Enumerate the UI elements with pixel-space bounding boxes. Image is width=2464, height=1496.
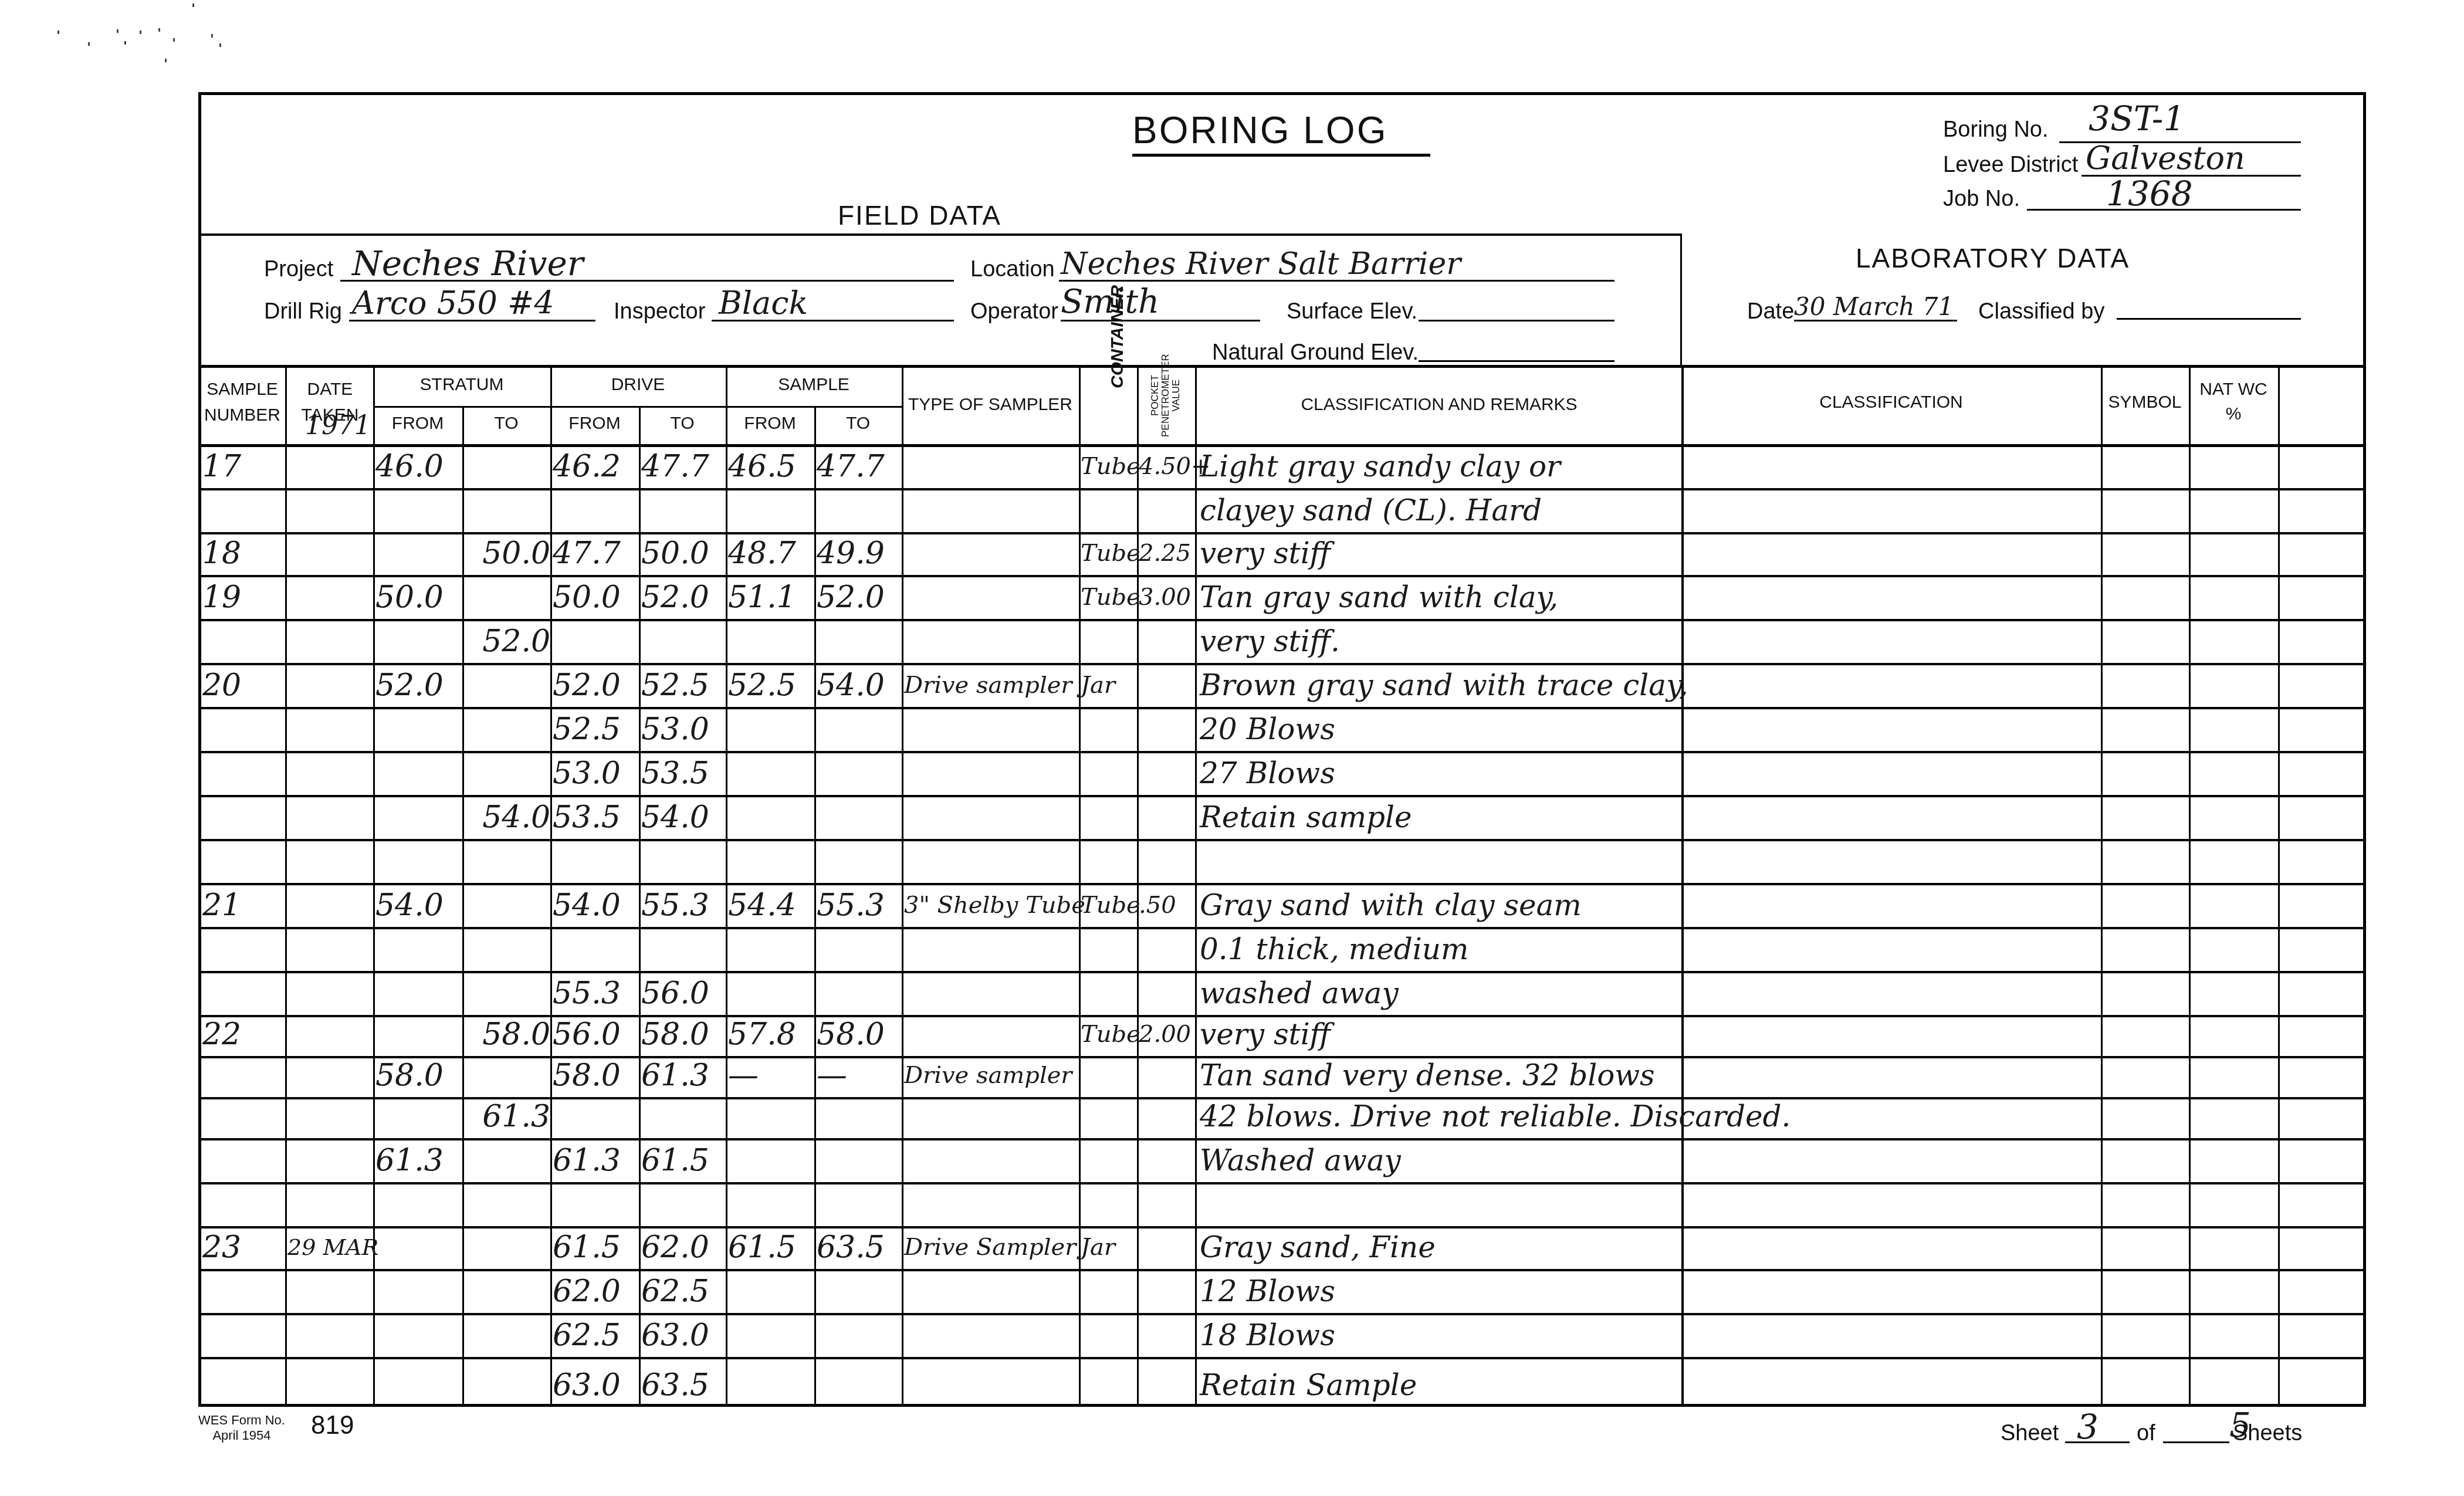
col-header-date-taken-l1: DATE <box>287 379 373 400</box>
project-label: Project <box>264 257 333 282</box>
grid-hline <box>373 406 902 408</box>
cell-classification-remarks[interactable]: Tan gray sand with clay, <box>1200 577 1680 618</box>
inspector-line <box>712 320 954 321</box>
col-header-stratum-to: TO <box>462 413 550 434</box>
cell-container[interactable]: Tube <box>1081 577 1137 618</box>
cell-lab-symbol[interactable] <box>2103 707 2189 751</box>
cell-sample-to[interactable]: 55.3 <box>817 885 902 926</box>
cell-classification-remarks[interactable]: very stiff <box>1200 533 1680 574</box>
cell-drive-from[interactable]: 53.5 <box>553 797 639 838</box>
col-header-pocket-penetrometer: POCKET PENETROMETER VALUE <box>1144 343 1191 443</box>
drill-rig-line <box>349 320 595 321</box>
cell-classification-remarks[interactable]: 42 blows. Drive not reliable. Discarded. <box>1200 1096 1680 1137</box>
scan-speck <box>192 4 194 7</box>
grid-vline <box>1195 365 1197 1407</box>
col-header-sample-from: FROM <box>726 413 814 434</box>
surface-elev-label: Surface Elev. <box>1287 299 1417 324</box>
levee-district-label: Levee District <box>1943 153 2078 178</box>
grid-vline <box>2278 365 2280 1407</box>
scan-speck <box>57 31 59 34</box>
scan-speck <box>158 28 160 32</box>
cell-classification-remarks[interactable]: 18 Blows <box>1200 1315 1680 1356</box>
field-box-right <box>1680 233 1682 366</box>
cell-lab-nat-wc[interactable] <box>2191 575 2278 619</box>
cell-container[interactable]: Tube <box>1081 885 1137 926</box>
cell-lab-symbol[interactable] <box>2103 883 2189 927</box>
cell-lab-symbol[interactable] <box>2103 532 2189 575</box>
cell-drive-to[interactable]: 61.3 <box>641 1055 726 1096</box>
inspector-value[interactable]: Black <box>719 285 808 321</box>
cell-lab-extra[interactable] <box>2280 971 2366 1015</box>
cell-type-of-sampler[interactable]: Drive Sampler <box>904 1227 1079 1268</box>
sheets-label: Sheets <box>2233 1421 2302 1446</box>
title-underline <box>1132 154 1430 157</box>
cell-sample-to[interactable]: — <box>817 1055 902 1096</box>
cell-type-of-sampler[interactable]: Drive sampler <box>904 1055 1079 1096</box>
cell-drive-to[interactable]: 50.0 <box>641 533 726 574</box>
cell-lab-symbol[interactable] <box>2103 1097 2189 1138</box>
cell-stratum-to[interactable]: 50.0 <box>465 533 550 574</box>
col-header-nat-wc-l2: % <box>2189 404 2278 425</box>
cell-classification-remarks[interactable]: Gray sand with clay seam <box>1200 885 1680 926</box>
form-date: April 1954 <box>198 1428 285 1443</box>
scan-speck <box>211 34 213 38</box>
cell-drive-to[interactable]: 54.0 <box>641 797 726 838</box>
cell-sample-number[interactable]: 23 <box>202 1227 285 1268</box>
cell-lab-symbol[interactable] <box>2103 1182 2189 1226</box>
cell-lab-classification[interactable] <box>1684 927 2101 971</box>
cell-lab-extra[interactable] <box>2280 1097 2366 1138</box>
natural-ground-elev-label: Natural Ground Elev. <box>1212 340 1419 365</box>
cell-lab-nat-wc[interactable] <box>2191 707 2278 751</box>
cell-lab-nat-wc[interactable] <box>2191 795 2278 839</box>
cell-drive-to[interactable]: 53.0 <box>641 709 726 750</box>
cell-lab-symbol[interactable] <box>2103 488 2189 532</box>
cell-type-of-sampler[interactable]: 3" Shelby Tube <box>904 885 1079 926</box>
of-label: of <box>2137 1421 2155 1446</box>
natural-ground-elev-line <box>1419 360 1615 362</box>
cell-lab-classification[interactable] <box>1684 575 2101 619</box>
scan-speck <box>124 41 126 45</box>
cell-lab-symbol[interactable] <box>2103 839 2189 883</box>
form-title: BORING LOG <box>1132 109 1387 152</box>
cell-lab-symbol[interactable] <box>2103 1313 2189 1357</box>
col-header-pocket: POCKET <box>1150 354 1160 437</box>
grid-vline <box>285 365 287 1407</box>
cell-sample-to[interactable]: 58.0 <box>817 1014 902 1055</box>
cell-sample-from[interactable]: — <box>728 1055 814 1096</box>
cell-classification-remarks[interactable]: Brown gray sand with trace clay, <box>1200 665 1680 706</box>
classified-by-label: Classified by <box>1978 299 2104 324</box>
cell-classification-remarks[interactable]: very stiff. <box>1200 621 1680 662</box>
col-header-sample-to: TO <box>814 413 902 434</box>
cell-lab-classification[interactable] <box>1684 1138 2101 1182</box>
cell-drive-from[interactable]: 62.5 <box>553 1315 639 1356</box>
cell-lab-symbol[interactable] <box>2103 444 2189 488</box>
grid-vline <box>902 365 903 1407</box>
cell-classification-remarks[interactable]: Retain Sample <box>1200 1365 1680 1406</box>
cell-classification-remarks[interactable]: 12 Blows <box>1200 1271 1680 1312</box>
laboratory-data-heading: LABORATORY DATA <box>1856 242 2130 274</box>
cell-sample-to[interactable]: 63.5 <box>817 1227 902 1268</box>
cell-lab-classification[interactable] <box>1684 532 2101 575</box>
cell-lab-classification[interactable] <box>1684 1182 2101 1226</box>
cell-lab-nat-wc[interactable] <box>2191 1313 2278 1357</box>
cell-lab-extra[interactable] <box>2280 488 2366 532</box>
col-header-stratum: STRATUM <box>373 374 550 395</box>
cell-drive-to[interactable]: 61.5 <box>641 1140 726 1181</box>
cell-lab-extra[interactable] <box>2280 444 2366 488</box>
cell-lab-nat-wc[interactable] <box>2191 883 2278 927</box>
cell-sample-from[interactable]: 57.8 <box>728 1014 814 1055</box>
total-sheets-line <box>2163 1441 2229 1443</box>
cell-container[interactable]: Tube <box>1081 1014 1137 1055</box>
cell-lab-extra[interactable] <box>2280 883 2366 927</box>
cell-stratum-from[interactable]: 52.0 <box>375 665 462 706</box>
cell-container[interactable]: Tube <box>1081 446 1137 487</box>
cell-stratum-from[interactable]: 46.0 <box>375 446 462 487</box>
cell-lab-symbol[interactable] <box>2103 1056 2189 1097</box>
cell-lab-extra[interactable] <box>2280 1226 2366 1269</box>
cell-lab-symbol[interactable] <box>2103 1015 2189 1056</box>
location-label: Location <box>970 257 1055 282</box>
form-no-label: WES Form No. <box>198 1413 285 1428</box>
date-taken-year-note: 1971 <box>305 411 371 441</box>
cell-lab-classification[interactable] <box>1684 488 2101 532</box>
grid-vline <box>2101 365 2103 1407</box>
cell-drive-to[interactable]: 56.0 <box>641 973 726 1014</box>
cell-drive-from[interactable]: 53.0 <box>553 753 639 794</box>
drill-rig-value[interactable]: Arco 550 #4 <box>352 285 554 321</box>
cell-lab-symbol[interactable] <box>2103 971 2189 1015</box>
cell-pocket-penetrometer[interactable]: .50 <box>1139 885 1195 926</box>
col-header-value: VALUE <box>1171 354 1182 437</box>
cell-classification-remarks[interactable]: 0.1 thick, medium <box>1200 929 1680 970</box>
drill-rig-label: Drill Rig <box>264 299 342 324</box>
cell-classification-remarks[interactable]: Washed away <box>1200 1140 1680 1181</box>
levee-district-value[interactable]: Galveston <box>2086 140 2245 177</box>
cell-lab-nat-wc[interactable] <box>2191 1097 2278 1138</box>
cell-sample-from[interactable]: 46.5 <box>728 446 814 487</box>
cell-lab-classification[interactable] <box>1684 1226 2101 1269</box>
cell-sample-number[interactable]: 20 <box>202 665 285 706</box>
cell-drive-to[interactable]: 52.0 <box>641 577 726 618</box>
cell-lab-extra[interactable] <box>2280 707 2366 751</box>
grid-vline <box>2189 365 2191 1407</box>
cell-sample-from[interactable]: 54.4 <box>728 885 814 926</box>
cell-lab-classification[interactable] <box>1684 1313 2101 1357</box>
grid-hline <box>198 365 2366 368</box>
cell-lab-nat-wc[interactable] <box>2191 1182 2278 1226</box>
cell-sample-number[interactable]: 22 <box>202 1014 285 1055</box>
cell-stratum-to[interactable]: 61.3 <box>465 1096 550 1137</box>
surface-elev-line <box>1419 320 1615 321</box>
cell-lab-extra[interactable] <box>2280 927 2366 971</box>
col-header-nat-wc-l1: NAT WC <box>2189 379 2278 400</box>
cell-lab-symbol[interactable] <box>2103 575 2189 619</box>
cell-drive-to[interactable]: 52.5 <box>641 665 726 706</box>
classified-by-line <box>2117 318 2301 320</box>
cell-drive-from[interactable]: 56.0 <box>553 1014 639 1055</box>
cell-type-of-sampler[interactable]: Drive sampler <box>904 665 1079 706</box>
cell-drive-to[interactable]: 62.0 <box>641 1227 726 1268</box>
cell-stratum-from[interactable]: 58.0 <box>375 1055 462 1096</box>
cell-lab-classification[interactable] <box>1684 1097 2101 1138</box>
cell-drive-to[interactable]: 55.3 <box>641 885 726 926</box>
cell-sample-to[interactable]: 47.7 <box>817 446 902 487</box>
lab-date-value[interactable]: 30 March 71 <box>1794 292 1954 321</box>
col-header-sample: SAMPLE <box>726 374 902 395</box>
sheet-label: Sheet <box>2001 1421 2059 1446</box>
cell-lab-nat-wc[interactable] <box>2191 663 2278 707</box>
cell-lab-nat-wc[interactable] <box>2191 927 2278 971</box>
cell-container[interactable]: Jar <box>1081 665 1137 706</box>
job-no-label: Job No. <box>1943 187 2020 212</box>
cell-drive-to[interactable]: 53.5 <box>641 753 726 794</box>
cell-drive-from[interactable]: 54.0 <box>553 885 639 926</box>
col-header-drive-to: TO <box>639 413 726 434</box>
col-header-penetrometer: PENETROMETER <box>1160 354 1171 437</box>
cell-classification-remarks[interactable]: Gray sand, Fine <box>1200 1227 1680 1268</box>
cell-lab-extra[interactable] <box>2280 575 2366 619</box>
cell-drive-to[interactable]: 47.7 <box>641 446 726 487</box>
cell-lab-extra[interactable] <box>2280 1182 2366 1226</box>
sheet-number[interactable]: 3 <box>2077 1407 2099 1447</box>
form-number: 819 <box>311 1411 354 1440</box>
field-box-top <box>198 233 1681 236</box>
cell-lab-classification[interactable] <box>1684 1269 2101 1313</box>
cell-drive-from[interactable]: 55.3 <box>553 973 639 1014</box>
cell-pocket-penetrometer[interactable]: 2.00 <box>1139 1014 1195 1055</box>
cell-drive-to[interactable]: 58.0 <box>641 1014 726 1055</box>
cell-lab-nat-wc[interactable] <box>2191 971 2278 1015</box>
cell-lab-nat-wc[interactable] <box>2191 1357 2278 1407</box>
cell-lab-symbol[interactable] <box>2103 663 2189 707</box>
cell-lab-classification[interactable] <box>1684 1056 2101 1097</box>
cell-classification-remarks[interactable]: very stiff <box>1200 1014 1680 1055</box>
cell-drive-to[interactable]: 62.5 <box>641 1271 726 1312</box>
cell-sample-number[interactable]: 19 <box>202 577 285 618</box>
cell-lab-symbol[interactable] <box>2103 927 2189 971</box>
boring-no-label: Boring No. <box>1943 117 2049 143</box>
cell-lab-symbol[interactable] <box>2103 751 2189 795</box>
scan-speck <box>88 42 90 46</box>
scan-speck <box>117 29 119 33</box>
cell-lab-classification[interactable] <box>1684 619 2101 663</box>
operator-line <box>1061 320 1260 321</box>
cell-lab-symbol[interactable] <box>2103 1138 2189 1182</box>
cell-lab-extra[interactable] <box>2280 1015 2366 1056</box>
cell-drive-from[interactable]: 52.0 <box>553 665 639 706</box>
scan-speck <box>140 31 141 34</box>
project-value[interactable]: Neches River <box>352 243 583 283</box>
cell-classification-remarks[interactable]: Light gray sandy clay or <box>1200 446 1680 487</box>
cell-classification-remarks[interactable]: washed away <box>1200 973 1680 1014</box>
cell-lab-extra[interactable] <box>2280 663 2366 707</box>
cell-lab-extra[interactable] <box>2280 1313 2366 1357</box>
col-header-stratum-from: FROM <box>373 413 462 434</box>
cell-lab-extra[interactable] <box>2280 1357 2366 1407</box>
col-header-drive: DRIVE <box>550 374 726 395</box>
form-number-label: WES Form No. April 1954 <box>198 1413 285 1443</box>
cell-sample-from[interactable]: 48.7 <box>728 533 814 574</box>
col-header-drive-from: FROM <box>550 413 639 434</box>
cell-lab-extra[interactable] <box>2280 1269 2366 1313</box>
cell-pocket-penetrometer[interactable]: 4.50+ <box>1139 446 1195 487</box>
cell-stratum-from[interactable]: 54.0 <box>375 885 462 926</box>
cell-lab-extra[interactable] <box>2280 532 2366 575</box>
cell-lab-classification[interactable] <box>1684 707 2101 751</box>
cell-lab-nat-wc[interactable] <box>2191 532 2278 575</box>
scan-speck <box>165 59 167 62</box>
cell-lab-classification[interactable] <box>1684 1015 2101 1056</box>
cell-lab-classification[interactable] <box>1684 971 2101 1015</box>
cell-stratum-to[interactable]: 52.0 <box>465 621 550 662</box>
cell-lab-nat-wc[interactable] <box>2191 1056 2278 1097</box>
cell-lab-nat-wc[interactable] <box>2191 444 2278 488</box>
cell-sample-number[interactable]: 17 <box>202 446 285 487</box>
operator-label: Operator <box>970 299 1058 324</box>
cell-sample-to[interactable]: 54.0 <box>817 665 902 706</box>
cell-lab-extra[interactable] <box>2280 619 2366 663</box>
lab-date-label: Date <box>1747 299 1794 324</box>
cell-lab-symbol[interactable] <box>2103 619 2189 663</box>
col-header-symbol: SYMBOL <box>2101 392 2189 413</box>
cell-lab-classification[interactable] <box>1684 1357 2101 1407</box>
cell-lab-extra[interactable] <box>2280 1056 2366 1097</box>
cell-sample-to[interactable]: 49.9 <box>817 533 902 574</box>
lab-date-line <box>1794 320 1957 321</box>
grid-vline <box>462 406 464 1407</box>
boring-no-value[interactable]: 3ST-1 <box>2089 99 2185 138</box>
col-header-sample-number-l2: NUMBER <box>199 405 285 426</box>
cell-lab-classification[interactable] <box>1684 839 2101 883</box>
cell-classification-remarks[interactable]: 20 Blows <box>1200 709 1680 750</box>
cell-classification-remarks[interactable]: clayey sand (CL). Hard <box>1200 490 1680 531</box>
cell-lab-symbol[interactable] <box>2103 795 2189 839</box>
project-line <box>340 280 954 282</box>
col-header-nat-wc: NAT WC % <box>2189 379 2278 425</box>
col-header-classification-and-remarks: CLASSIFICATION AND REMARKS <box>1197 394 1681 415</box>
col-header-type-of-sampler: TYPE OF SAMPLER <box>902 394 1079 415</box>
job-no-line <box>2027 209 2301 211</box>
col-header-classification: CLASSIFICATION <box>1681 392 2101 413</box>
cell-lab-nat-wc[interactable] <box>2191 1138 2278 1182</box>
cell-lab-classification[interactable] <box>1684 663 2101 707</box>
cell-drive-to[interactable]: 63.5 <box>641 1365 726 1406</box>
cell-lab-nat-wc[interactable] <box>2191 488 2278 532</box>
cell-drive-from[interactable]: 47.7 <box>553 533 639 574</box>
cell-sample-number[interactable]: 18 <box>202 533 285 574</box>
cell-drive-from[interactable]: 52.5 <box>553 709 639 750</box>
scan-speck <box>219 43 221 47</box>
cell-date-taken[interactable]: 29 MAR <box>287 1227 373 1268</box>
grid-vline <box>639 406 641 1407</box>
cell-sample-to[interactable]: 52.0 <box>817 577 902 618</box>
col-header-sample-number: SAMPLE NUMBER <box>199 379 285 426</box>
cell-lab-extra[interactable] <box>2280 839 2366 883</box>
scan-speck <box>173 38 175 42</box>
cell-stratum-to[interactable]: 58.0 <box>465 1014 550 1055</box>
cell-stratum-from[interactable]: 50.0 <box>375 577 462 618</box>
cell-lab-classification[interactable] <box>1684 444 2101 488</box>
cell-drive-from[interactable]: 46.2 <box>553 446 639 487</box>
cell-lab-extra[interactable] <box>2280 1138 2366 1182</box>
sheet-line <box>2065 1441 2130 1443</box>
cell-lab-extra[interactable] <box>2280 795 2366 839</box>
cell-lab-nat-wc[interactable] <box>2191 839 2278 883</box>
cell-drive-from[interactable]: 50.0 <box>553 577 639 618</box>
cell-lab-classification[interactable] <box>1684 795 2101 839</box>
grid-vline <box>550 365 552 1407</box>
inspector-label: Inspector <box>614 299 705 324</box>
cell-sample-from[interactable]: 61.5 <box>728 1227 814 1268</box>
cell-classification-remarks[interactable]: 27 Blows <box>1200 753 1680 794</box>
cell-container[interactable]: Tube <box>1081 533 1137 574</box>
cell-lab-symbol[interactable] <box>2103 1269 2189 1313</box>
cell-container[interactable]: Jar <box>1081 1227 1137 1268</box>
cell-lab-extra[interactable] <box>2280 751 2366 795</box>
col-header-sample-number-l1: SAMPLE <box>199 379 285 400</box>
cell-drive-from[interactable]: 61.5 <box>553 1227 639 1268</box>
cell-drive-from[interactable]: 62.0 <box>553 1271 639 1312</box>
cell-lab-nat-wc[interactable] <box>2191 619 2278 663</box>
cell-classification-remarks[interactable]: Tan sand very dense. 32 blows <box>1200 1055 1680 1096</box>
cell-lab-nat-wc[interactable] <box>2191 1226 2278 1269</box>
cell-lab-nat-wc[interactable] <box>2191 1269 2278 1313</box>
cell-lab-nat-wc[interactable] <box>2191 1015 2278 1056</box>
cell-lab-nat-wc[interactable] <box>2191 751 2278 795</box>
field-data-heading: FIELD DATA <box>838 199 1001 231</box>
cell-lab-symbol[interactable] <box>2103 1357 2189 1407</box>
cell-stratum-to[interactable]: 54.0 <box>465 797 550 838</box>
cell-pocket-penetrometer[interactable]: 2.25 <box>1139 533 1195 574</box>
cell-drive-to[interactable]: 63.0 <box>641 1315 726 1356</box>
job-no-value[interactable]: 1368 <box>2106 174 2193 214</box>
cell-sample-from[interactable]: 51.1 <box>728 577 814 618</box>
cell-lab-symbol[interactable] <box>2103 1226 2189 1269</box>
cell-stratum-from[interactable]: 61.3 <box>375 1140 462 1181</box>
cell-classification-remarks[interactable]: Retain sample <box>1200 797 1680 838</box>
cell-drive-from[interactable]: 58.0 <box>553 1055 639 1096</box>
cell-lab-classification[interactable] <box>1684 751 2101 795</box>
location-line <box>1059 280 1615 282</box>
location-value[interactable]: Neches River Salt Barrier <box>1061 246 1461 282</box>
cell-drive-from[interactable]: 63.0 <box>553 1365 639 1406</box>
cell-sample-number[interactable]: 21 <box>202 885 285 926</box>
cell-pocket-penetrometer[interactable]: 3.00 <box>1139 577 1195 618</box>
grid-vline <box>726 365 727 1407</box>
cell-drive-from[interactable]: 61.3 <box>553 1140 639 1181</box>
cell-lab-classification[interactable] <box>1684 883 2101 927</box>
cell-sample-from[interactable]: 52.5 <box>728 665 814 706</box>
grid-vline <box>814 406 816 1407</box>
